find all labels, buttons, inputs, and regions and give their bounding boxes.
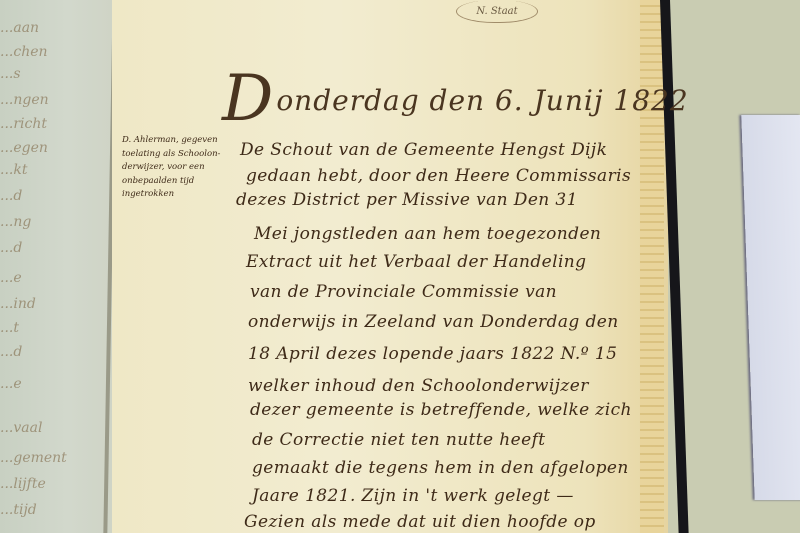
left-page-fragment: ...vaal <box>0 420 42 436</box>
body-line: De Schout van de Gemeente Hengst Dijk <box>240 140 607 160</box>
body-line: gemaakt die tegens hem in den afgelopen <box>252 458 629 478</box>
entry-heading: Donderdag den 6. Junij 1822 <box>222 52 689 126</box>
body-line: Mei jongstleden aan hem toegezonden <box>254 224 601 244</box>
margin-note-line: derwijzer, voor een <box>122 161 220 175</box>
body-line: dezer gemeente is betreffende, welke zic… <box>250 400 632 420</box>
body-line: gedaan hebt, door den Heere Commissaris <box>246 166 631 186</box>
left-page-fragment: ...aan <box>0 20 39 36</box>
left-page-fragment: ...t <box>0 320 19 336</box>
margin-note-line: onbepaalden tijd <box>122 175 220 189</box>
left-page-fragment: ...d <box>0 344 22 360</box>
left-page-fragment: ...kt <box>0 162 27 178</box>
left-page-fragment: ...d <box>0 188 22 204</box>
left-page-fragment: ...gement <box>0 450 67 466</box>
body-line: de Correctie niet ten nutte heeft <box>252 430 546 450</box>
white-card <box>741 115 800 500</box>
body-line: dezes District per Missive van Den 31 <box>236 190 578 210</box>
left-page-fragment: ...chen <box>0 44 48 60</box>
stamp-text: N. Staat <box>476 6 517 17</box>
margin-note-line: D. Ahlerman, gegeven <box>122 134 220 148</box>
body-line: Extract uit het Verbaal der Handeling <box>246 252 586 272</box>
left-page-fragment: ...ngen <box>0 92 49 108</box>
stamp: N. Staat <box>456 0 538 23</box>
left-page: ...aan ...chen ...s ...ngen ...richt ...… <box>0 0 112 533</box>
left-page-fragment: ...tijd <box>0 502 37 518</box>
margin-note: D. Ahlerman, gegeven toelating als Schoo… <box>122 134 220 202</box>
body-line: Gezien als mede dat uit dien hoofde op <box>244 512 596 532</box>
left-page-fragment: ...ind <box>0 296 36 312</box>
left-page-fragment: ...d <box>0 240 22 256</box>
body-line: 18 April dezes lopende jaars 1822 N.º 15 <box>248 344 617 364</box>
left-page-fragment: ...e <box>0 270 22 286</box>
heading-initial: D <box>222 62 274 136</box>
body-line: welker inhoud den Schoolonderwijzer <box>248 376 589 396</box>
left-page-fragment: ...egen <box>0 140 48 156</box>
body-line: onderwijs in Zeeland van Donderdag den <box>248 312 619 332</box>
left-page-fragment: ...ng <box>0 214 31 230</box>
body-line: van de Provinciale Commissie van <box>250 282 557 302</box>
margin-note-line: ingetrokken <box>122 188 220 202</box>
left-page-fragment: ...s <box>0 66 21 82</box>
margin-note-line: toelating als Schoolon- <box>122 148 220 162</box>
body-line: Jaare 1821. Zijn in 't werk gelegt — <box>252 486 574 506</box>
left-page-fragment: ...lijfte <box>0 476 46 492</box>
left-page-fragment: ...richt <box>0 116 47 132</box>
left-page-fragment: ...e <box>0 376 22 392</box>
heading-text: onderdag den 6. Junij 1822 <box>276 84 688 117</box>
